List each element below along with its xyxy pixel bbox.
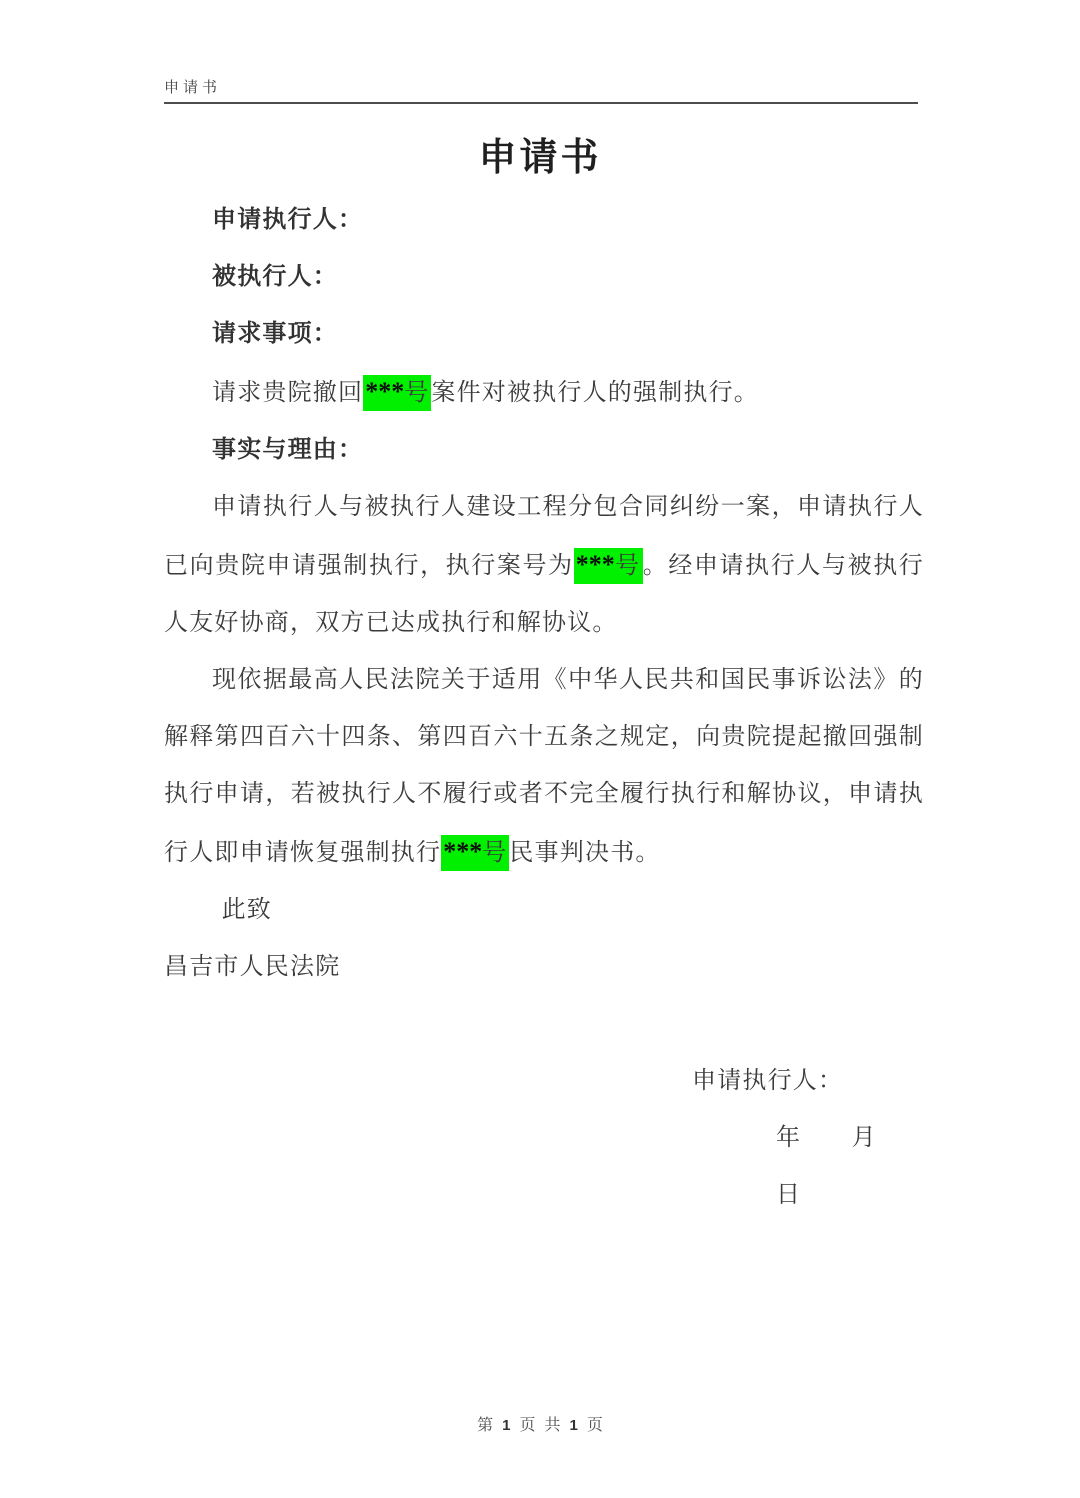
- redaction-highlight: ***号: [574, 548, 643, 584]
- signature-label: 申请执行人：: [692, 1053, 924, 1110]
- applicant-label: 申请执行人：: [164, 192, 924, 249]
- running-header-title: 申请书: [164, 80, 221, 96]
- page-footer: 第 1 页 共 1 页: [0, 1412, 1080, 1435]
- court-name: 昌吉市人民法院: [164, 939, 924, 996]
- running-header: 申请书: [164, 76, 221, 97]
- request-line: 请求贵院撤回***号案件对被执行人的强制执行。: [164, 363, 924, 422]
- redaction-highlight: ***号: [363, 375, 431, 411]
- current-page-number: 1: [502, 1417, 510, 1434]
- spacer: [164, 996, 924, 1053]
- footer-text: 页: [519, 1412, 535, 1435]
- redacted-case-number: ***: [443, 837, 482, 866]
- redaction-highlight: ***号: [441, 835, 509, 871]
- paragraph-1: 申请执行人与被执行人建设工程分包合同纠纷一案，申请执行人已向贵院申请强制执行，执…: [164, 479, 924, 652]
- redacted-suffix: 号: [482, 840, 507, 866]
- request-text-post: 案件对被执行人的强制执行。: [431, 380, 759, 406]
- request-text-pre: 请求贵院撤回: [212, 380, 363, 406]
- paragraph-2: 现依据最高人民法院关于适用《中华人民共和国民事诉讼法》的解释第四百六十四条、第四…: [164, 652, 924, 882]
- respondent-label: 被执行人：: [164, 249, 924, 306]
- document-page: 申请书 申请书 申请执行人： 被执行人： 请求事项： 请求贵院撤回***号案件对…: [0, 0, 1080, 1498]
- signature-date: 年 月 日: [776, 1110, 924, 1224]
- paragraph-2-pre: 现依据最高人民法院关于适用《中华人民共和国民事诉讼法》的解释第四百六十四条、第四…: [164, 667, 924, 866]
- document-body: 申请执行人： 被执行人： 请求事项： 请求贵院撤回***号案件对被执行人的强制执…: [164, 192, 924, 1224]
- redacted-case-number: ***: [576, 550, 615, 579]
- document-title: 申请书: [0, 126, 1080, 181]
- footer-text: 页: [587, 1412, 603, 1435]
- header-rule: [164, 102, 918, 104]
- redacted-case-number: ***: [365, 377, 404, 406]
- footer-text: 共: [545, 1412, 561, 1435]
- total-page-number: 1: [570, 1417, 578, 1434]
- redacted-suffix: 号: [615, 553, 641, 579]
- closing-salute: 此致: [164, 882, 924, 939]
- request-heading: 请求事项：: [164, 306, 924, 363]
- footer-text: 第: [477, 1412, 493, 1435]
- paragraph-2-post: 民事判决书。: [509, 840, 660, 866]
- facts-heading: 事实与理由：: [164, 422, 924, 479]
- redacted-suffix: 号: [404, 380, 429, 406]
